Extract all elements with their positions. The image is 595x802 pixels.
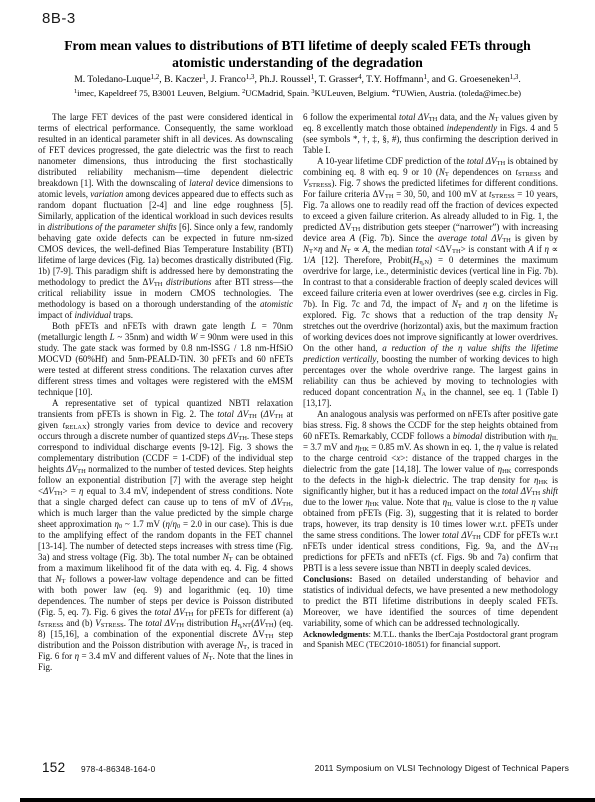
column-right: 6 follow the experimental total ΔVTH dat… bbox=[303, 112, 558, 673]
paragraph-continuation: 6 follow the experimental total ΔVTH dat… bbox=[303, 112, 558, 156]
paper-title: From mean values to distributions of BTI… bbox=[40, 38, 555, 71]
acknowledgments-paragraph: Acknowledgments: M.T.L. thanks the IberC… bbox=[303, 630, 558, 651]
page-number: 152 bbox=[42, 760, 65, 775]
conference-name: 2011 Symposium on VLSI Technology Digest… bbox=[315, 763, 569, 773]
conclusions-paragraph: Conclusions: Based on detailed understan… bbox=[303, 574, 558, 629]
affiliations-line: 1imec, Kapeldreef 75, B3001 Leuven, Belg… bbox=[24, 88, 571, 99]
footer: 152 978-4-86348-164-0 2011 Symposium on … bbox=[0, 758, 595, 782]
isbn: 978-4-86348-164-0 bbox=[81, 764, 155, 774]
session-code: 8B-3 bbox=[42, 10, 76, 27]
paragraph-nbti-analysis: A representative set of typical quantize… bbox=[38, 398, 293, 673]
paragraph-nfet-analysis: An analogous analysis was performed on n… bbox=[303, 409, 558, 574]
paragraph-lifetime-prediction: A 10-year lifetime CDF prediction of the… bbox=[303, 156, 558, 409]
body-columns: The large FET devices of the past were c… bbox=[38, 112, 558, 673]
page-bottom-edge-bar bbox=[20, 798, 595, 802]
paragraph-devices: Both pFETs and nFETs with drawn gate len… bbox=[38, 321, 293, 398]
paragraph-intro: The large FET devices of the past were c… bbox=[38, 112, 293, 321]
column-left: The large FET devices of the past were c… bbox=[38, 112, 293, 673]
paper-page: 8B-3 From mean values to distributions o… bbox=[0, 0, 595, 802]
authors-line: M. Toledano-Luque1,2, B. Kaczer1, J. Fra… bbox=[28, 74, 567, 86]
